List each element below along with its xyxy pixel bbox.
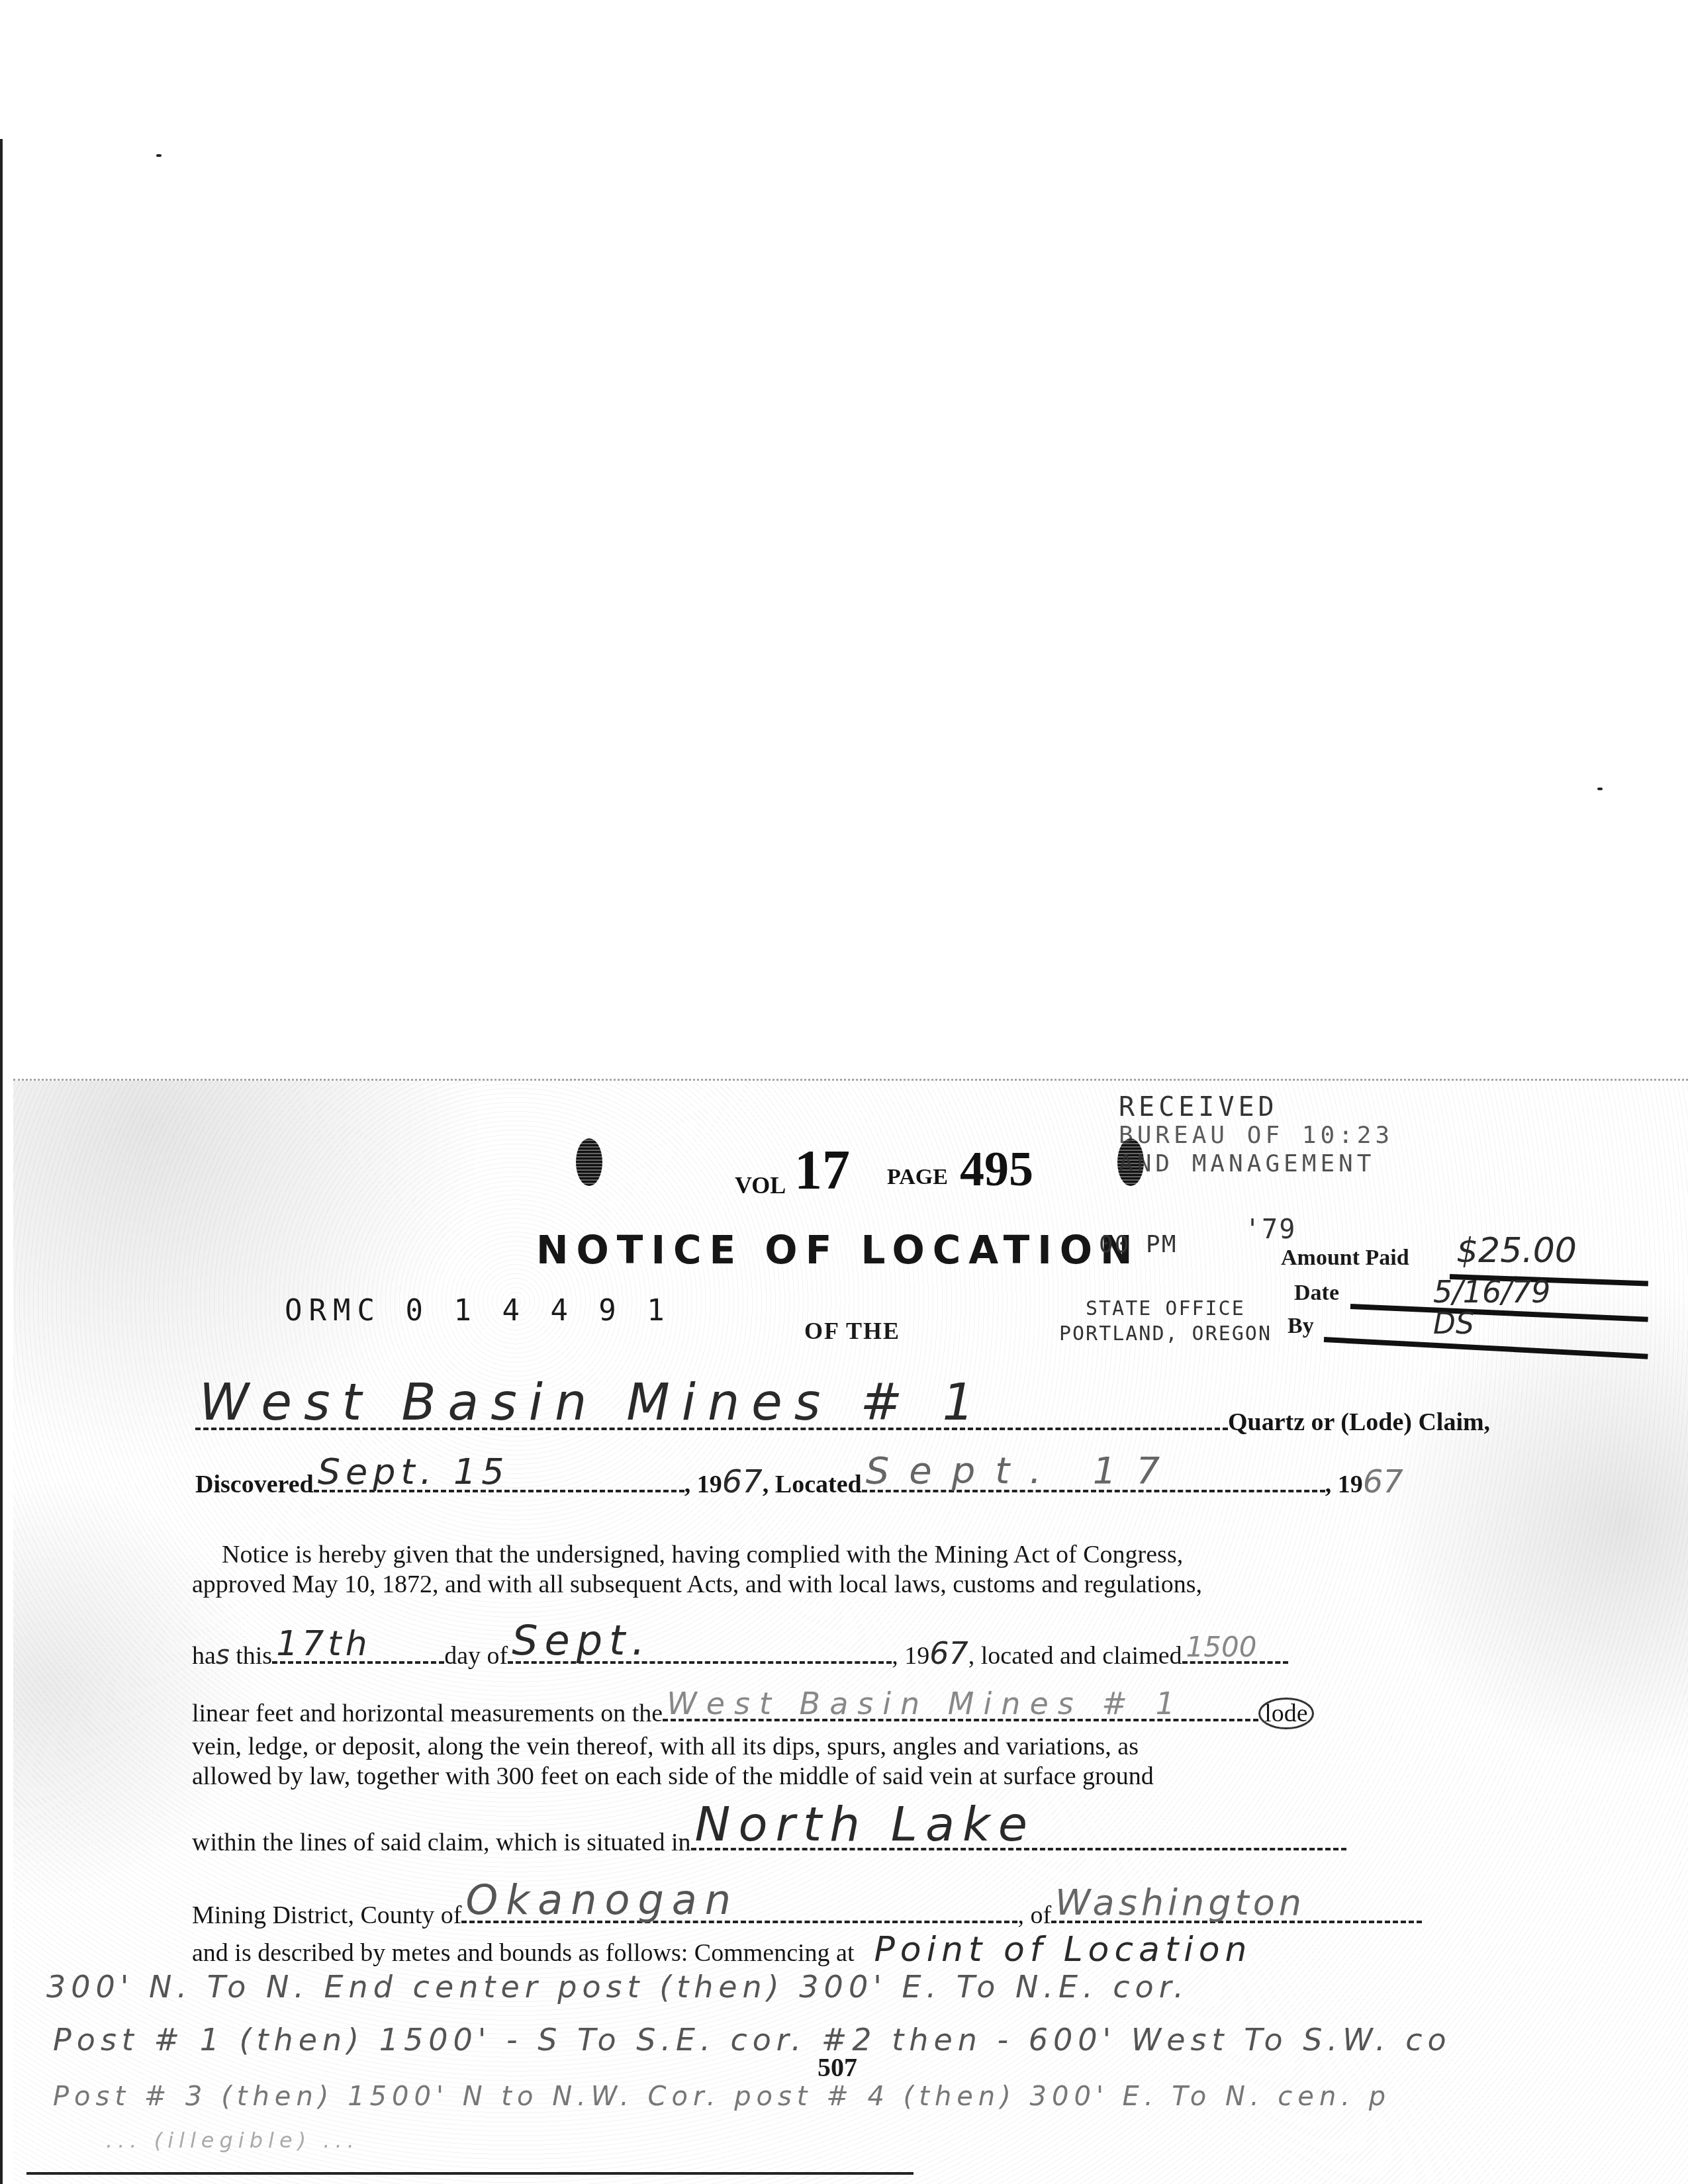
notice-paragraph-line1: Notice is hereby given that the undersig… xyxy=(222,1542,1183,1567)
notice-paragraph-line2: approved May 10, 1872, and with all subs… xyxy=(192,1572,1202,1597)
located-year-prefix: 19 xyxy=(1338,1471,1363,1498)
allowed-by-law-line: allowed by law, together with 300 feet o… xyxy=(192,1764,1154,1789)
month-value: Sept. xyxy=(512,1620,651,1661)
stamp-year: '79 xyxy=(1244,1214,1296,1245)
amount-paid-label: Amount Paid xyxy=(1281,1246,1409,1271)
district-value: North Lake xyxy=(695,1800,1036,1848)
discovered-label: Discovered xyxy=(195,1471,314,1498)
vein-name-value: West Basin Mines # 1 xyxy=(667,1688,1184,1719)
has-fill: s xyxy=(216,1640,230,1670)
portland-oregon-stamp: PORTLAND, OREGON xyxy=(1059,1322,1272,1345)
commencing-value: Point of Location xyxy=(874,1930,1252,1970)
metes-label: and is described by metes and bounds as … xyxy=(192,1939,855,1967)
scan-speck xyxy=(1597,788,1603,790)
claim-name-value: West Basin Mines # 1 xyxy=(199,1377,986,1428)
located-value: Sept. 17 xyxy=(866,1453,1180,1490)
boundary-description-line: ... (illegible) ... xyxy=(106,2128,359,2153)
scan-edge-line xyxy=(0,139,3,2184)
district-field: North Lake xyxy=(691,1845,1346,1850)
boundary-description-line: 300' N. To N. End center post (then) 300… xyxy=(46,1969,1189,2005)
located-label: Located xyxy=(775,1471,862,1498)
vein-description-line: vein, ledge, or deposit, along the vein … xyxy=(192,1734,1139,1759)
vein-name-field: West Basin Mines # 1 xyxy=(663,1716,1258,1721)
punch-hole-icon xyxy=(576,1138,602,1186)
county-field: Okanogan xyxy=(461,1918,1017,1923)
discovered-year-value: 67 xyxy=(722,1463,763,1500)
feet-field: 1500 xyxy=(1182,1659,1288,1664)
document-subtitle: OF THE xyxy=(804,1317,900,1345)
month-field: Sept. xyxy=(508,1659,892,1664)
district-row: within the lines of said claim, which is… xyxy=(192,1830,1346,1855)
vein-type-circled: lode xyxy=(1258,1698,1313,1729)
metes-bounds-row: and is described by metes and bounds as … xyxy=(192,1933,1252,1967)
boundary-description-line: Post # 3 (then) 1500' N to N.W. Cor. pos… xyxy=(53,2081,1391,2112)
page-label: PAGE xyxy=(887,1165,948,1190)
by-label: By xyxy=(1288,1314,1314,1339)
state-field: Washington xyxy=(1051,1918,1422,1923)
state-value: Washington xyxy=(1055,1885,1305,1921)
county-value: Okanogan xyxy=(465,1880,739,1921)
discovered-field: Sept. 15 xyxy=(314,1487,684,1492)
day-of-label: day of xyxy=(444,1642,508,1670)
linear-feet-row: linear feet and horizontal measurements … xyxy=(192,1701,1314,1726)
vol-number: 17 xyxy=(794,1138,850,1203)
bottom-rule xyxy=(26,2172,914,2175)
discovered-year-prefix: 19 xyxy=(697,1471,722,1498)
boundary-description-line: Post # 1 (then) 1500' - S To S.E. cor. #… xyxy=(53,2022,1452,2058)
state-of-label: of xyxy=(1030,1901,1051,1929)
discovered-value: Sept. 15 xyxy=(318,1454,510,1490)
received-stamp-line1: RECEIVED xyxy=(1119,1092,1278,1122)
located-field: Sept. 17 xyxy=(862,1487,1325,1492)
feet-value: 1500 xyxy=(1186,1633,1257,1661)
stamp-time: 00 PM xyxy=(1099,1231,1177,1258)
amount-paid-value: $25.00 xyxy=(1456,1231,1577,1271)
serial-number: ORMC 0 1 4 4 9 1 xyxy=(285,1294,671,1328)
year-value: 67 xyxy=(929,1635,968,1671)
page-number: 495 xyxy=(960,1142,1033,1198)
claim-name-row: West Basin Mines # 1 Quartz or (Lode) Cl… xyxy=(195,1410,1490,1435)
linear-feet-label: linear feet and horizontal measurements … xyxy=(192,1700,663,1727)
located-claimed-label: located and claimed xyxy=(981,1642,1182,1670)
by-value: DS xyxy=(1433,1307,1474,1341)
day-field: 17th xyxy=(272,1659,444,1664)
received-stamp-line3: AND MANAGEMENT xyxy=(1119,1150,1375,1177)
year-prefix: 19 xyxy=(904,1642,929,1670)
document-title: NOTICE OF LOCATION xyxy=(536,1228,1141,1273)
scan-speck xyxy=(156,154,162,157)
has-prefix: ha xyxy=(192,1642,216,1670)
this-label: this xyxy=(236,1642,272,1670)
dates-row: DiscoveredSept. 15, 1967, LocatedSept. 1… xyxy=(195,1466,1403,1498)
date-label: Date xyxy=(1294,1281,1339,1306)
claim-type-label: Quartz or (Lode) Claim, xyxy=(1228,1408,1490,1436)
vol-label: VOL xyxy=(735,1171,786,1199)
day-value: 17th xyxy=(276,1627,371,1661)
received-stamp-line2: BUREAU OF 10:23 xyxy=(1119,1122,1393,1149)
state-office-stamp: STATE OFFICE xyxy=(1086,1297,1245,1320)
footer-page-number: 507 xyxy=(818,2052,857,2083)
located-day-row: has this17thday ofSept., 1967, located a… xyxy=(192,1638,1288,1668)
located-year-value: 67 xyxy=(1363,1463,1403,1500)
date-value: 5/16/79 xyxy=(1433,1274,1550,1310)
within-label: within the lines of said claim, which is… xyxy=(192,1829,691,1856)
county-row: Mining District, County ofOkanogan, ofWa… xyxy=(192,1903,1422,1928)
mining-district-label: Mining District, County of xyxy=(192,1901,461,1929)
claim-name-field: West Basin Mines # 1 xyxy=(195,1425,1228,1430)
